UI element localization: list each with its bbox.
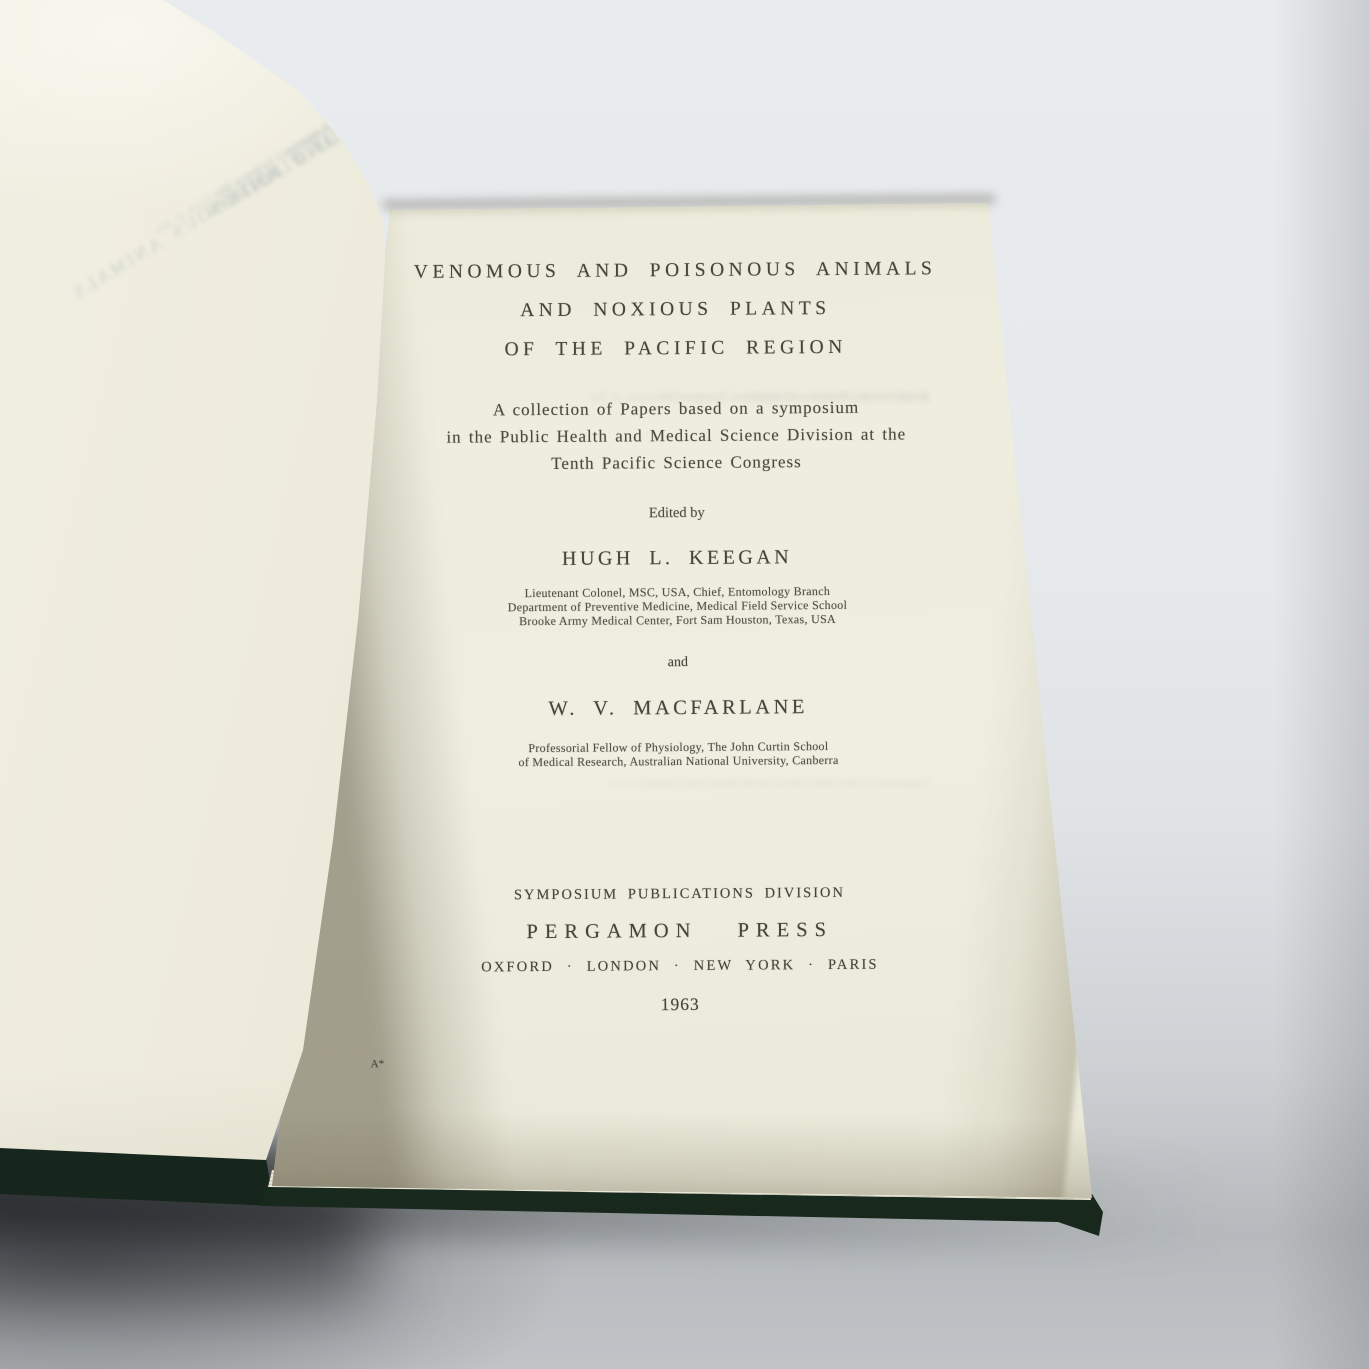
edited-by-label: Edited by bbox=[377, 503, 977, 524]
book-title-line-1: VENOMOUS AND POISONOUS ANIMALS bbox=[375, 258, 975, 284]
publisher-division: SYMPOSIUM PUBLICATIONS DIVISION bbox=[379, 884, 979, 905]
publisher-cities: OXFORD · LONDON · NEW YORK · PARIS bbox=[380, 956, 980, 977]
publisher-name: PERGAMON PRESS bbox=[380, 918, 980, 945]
book-title-page-photo: A collection of Papers based on a sympos… bbox=[0, 0, 1369, 1369]
editor-2-name: W. V. MACFARLANE bbox=[378, 695, 978, 722]
editor-1-affiliation-line-3: Brooke Army Medical Center, Fort Sam Hou… bbox=[378, 611, 978, 630]
signature-mark: A* bbox=[371, 1058, 385, 1070]
subtitle-line-2: in the Public Health and Medical Science… bbox=[376, 424, 976, 448]
subtitle-line-3: Tenth Pacific Science Congress bbox=[376, 451, 976, 475]
subtitle-line-1: A collection of Papers based on a sympos… bbox=[376, 397, 976, 421]
publication-year: 1963 bbox=[380, 992, 980, 1017]
book-title-line-3: OF THE PACIFIC REGION bbox=[376, 336, 976, 362]
editor-2-affiliation-line-2: of Medical Research, Australian National… bbox=[378, 752, 978, 771]
book-title-line-2: AND NOXIOUS PLANTS bbox=[375, 297, 975, 323]
conjunction-and: and bbox=[378, 653, 978, 673]
editor-1-name: HUGH L. KEEGAN bbox=[377, 545, 977, 572]
